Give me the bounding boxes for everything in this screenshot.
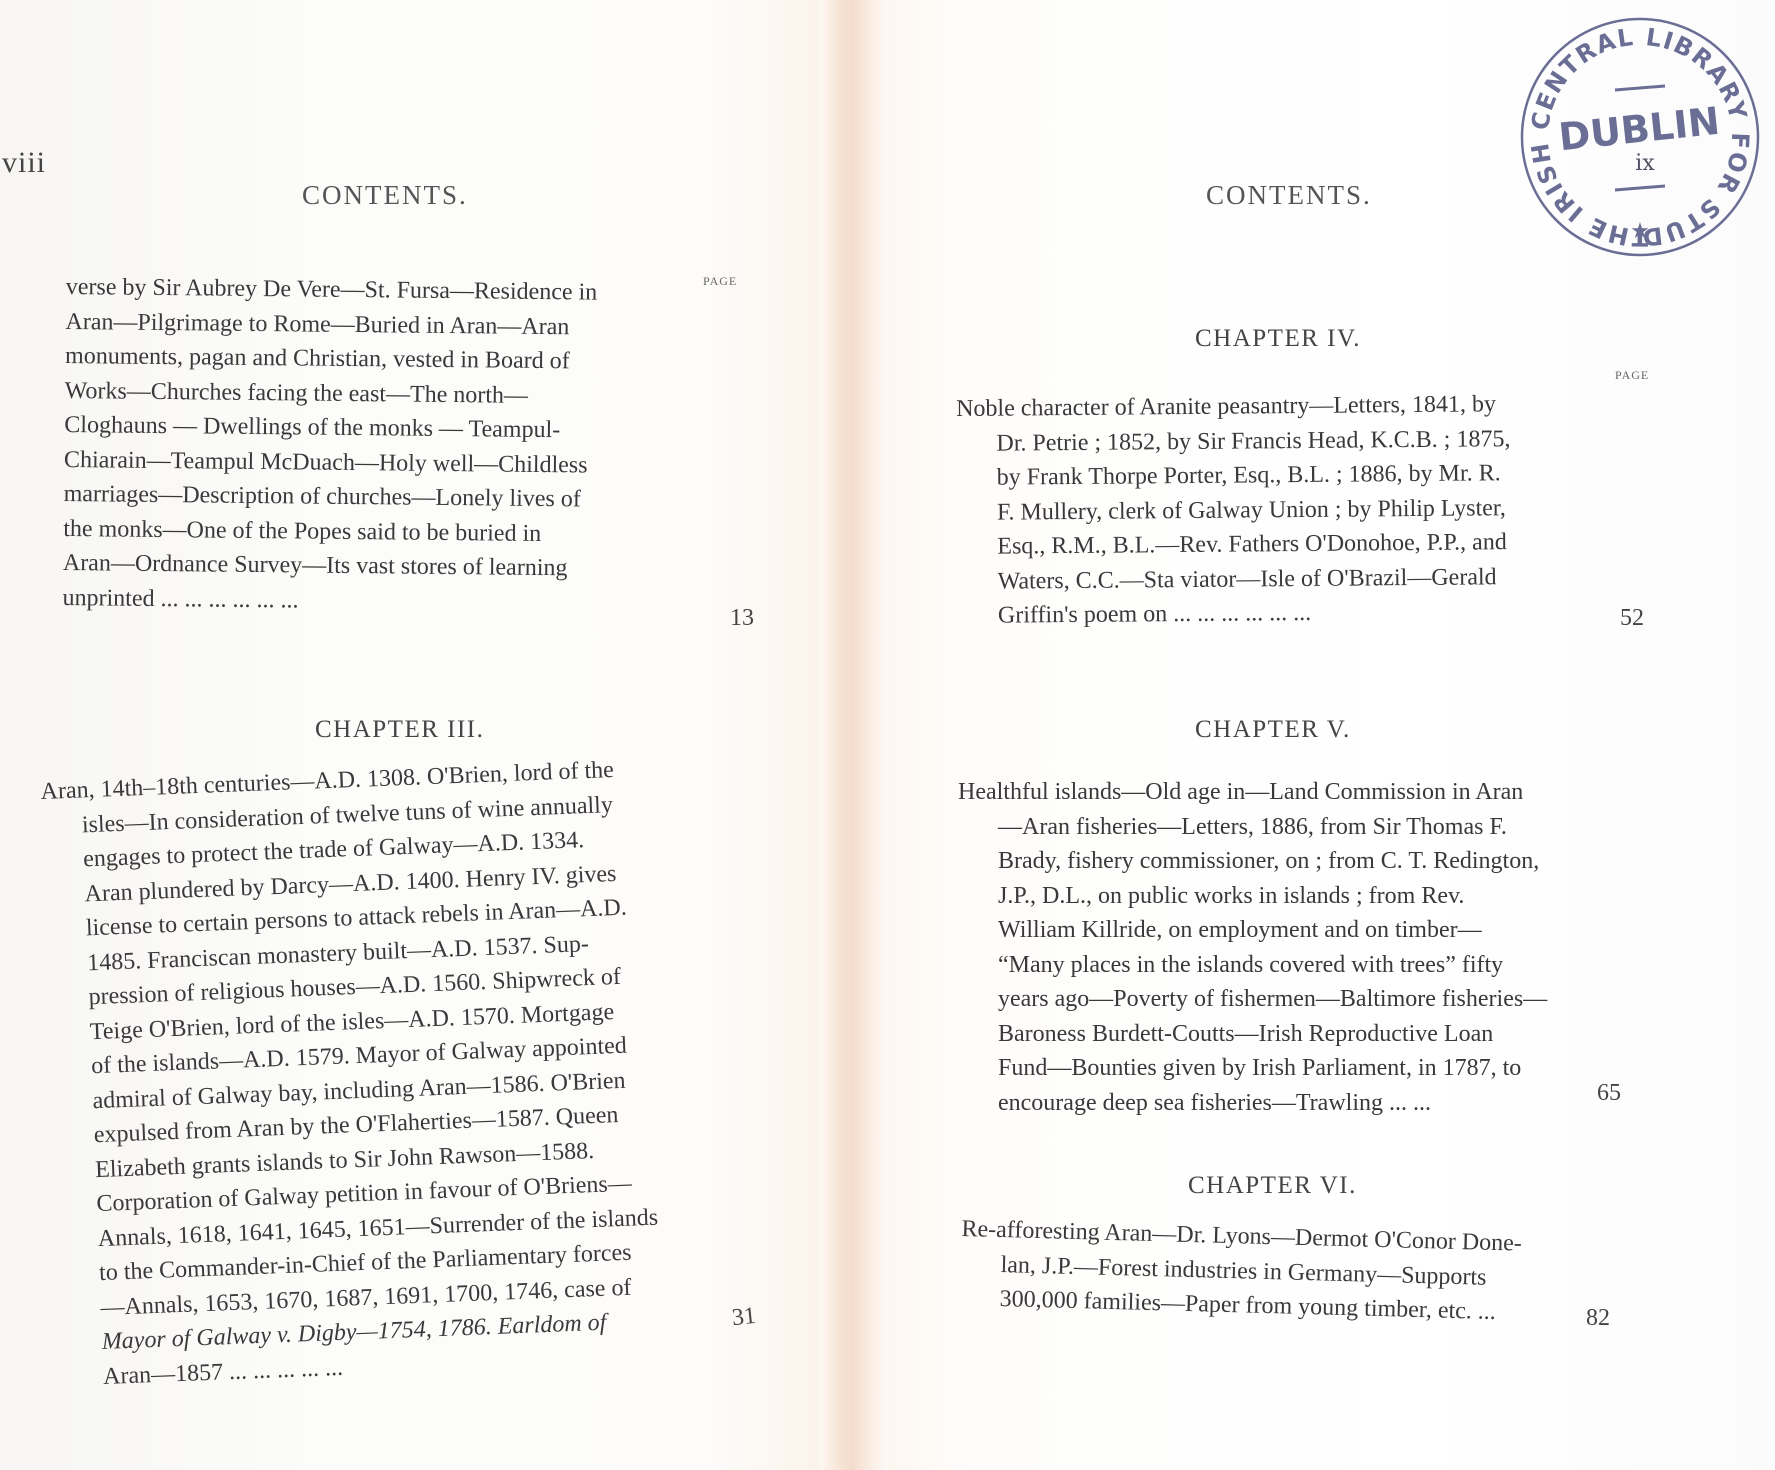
chapter-title: CHAPTER VI. (1188, 1172, 1357, 1200)
chapter-title: CHAPTER IV. (1195, 325, 1361, 353)
entry-line: Baroness Burdett-Coutts—Irish Reproducti… (958, 1017, 1598, 1052)
entry-line: Esq., R.M., B.L.—Rev. Fathers O'Donohoe,… (957, 524, 1607, 564)
book-gutter (820, 0, 890, 1470)
page-number: 65 (1597, 1080, 1621, 1107)
page-label-right: PAGE (1615, 368, 1649, 383)
running-head-right: CONTENTS. (1206, 180, 1372, 211)
entry-line: by Frank Thorpe Porter, Esq., B.L. ; 188… (957, 455, 1607, 495)
chapter-title: CHAPTER V. (1195, 716, 1351, 744)
entry-line: Brady, fishery commissioner, on ; from C… (958, 844, 1598, 879)
page-number: 82 (1586, 1305, 1610, 1332)
toc-entry-chapter-5: Healthful islands—Old age in—Land Commis… (958, 775, 1598, 1120)
page-number: 31 (731, 1303, 758, 1332)
page-number: 13 (730, 605, 754, 632)
entry-line: William Killride, on employment and on t… (958, 913, 1598, 948)
entry-line: “Many places in the islands covered with… (958, 948, 1598, 983)
entry-line: F. Mullery, clerk of Galway Union ; by P… (957, 490, 1607, 530)
entry-line: Healthful islands—Old age in—Land Commis… (958, 775, 1598, 810)
page-label-left: PAGE (703, 274, 737, 289)
entry-line: Waters, C.C.—Sta viator—Isle of O'Brazil… (958, 559, 1608, 599)
library-stamp: THE IRISH CENTRAL LIBRARY FOR STUDENTS D… (1515, 12, 1765, 262)
stamp-seal-icon: THE IRISH CENTRAL LIBRARY FOR STUDENTS D… (1515, 12, 1765, 262)
entry-line: Griffin's poem on ... ... ... ... ... ..… (958, 593, 1608, 633)
entry-line: Dr. Petrie ; 1852, by Sir Francis Head, … (956, 421, 1606, 461)
star-icon: ★ (1630, 218, 1650, 243)
entry-line: years ago—Poverty of fishermen—Baltimore… (958, 982, 1598, 1017)
entry-line: Noble character of Aranite peasantry—Let… (956, 386, 1606, 426)
entry-line: J.P., D.L., on public works in islands ;… (958, 879, 1598, 914)
entry-line: Fund—Bounties given by Irish Parliament,… (958, 1051, 1598, 1086)
toc-entry-chapter-6: Re-afforesting Aran—Dr. Lyons—Dermot O'C… (959, 1212, 1581, 1332)
entry-line: unprinted ... ... ... ... ... ... (62, 580, 702, 621)
stamp-folio: ix (1635, 151, 1655, 176)
toc-entry-continued: verse by Sir Aubrey De Vere—St. Fursa—Re… (62, 270, 706, 622)
running-head-left: CONTENTS. (302, 180, 468, 211)
entry-line: —Aran fisheries—Letters, 1886, from Sir … (958, 810, 1598, 845)
page-number: 52 (1620, 605, 1644, 632)
toc-entry-chapter-4: Noble character of Aranite peasantry—Let… (956, 386, 1608, 633)
folio-left: viii (2, 146, 46, 180)
chapter-title: CHAPTER III. (315, 716, 484, 744)
left-page: viii CONTENTS. PAGE verse by Sir Aubrey … (0, 0, 830, 1470)
entry-line: encourage deep sea fisheries—Trawling ..… (958, 1086, 1598, 1121)
toc-entry-chapter-3: Aran, 14th–18th centuries—A.D. 1308. O'B… (40, 749, 733, 1395)
